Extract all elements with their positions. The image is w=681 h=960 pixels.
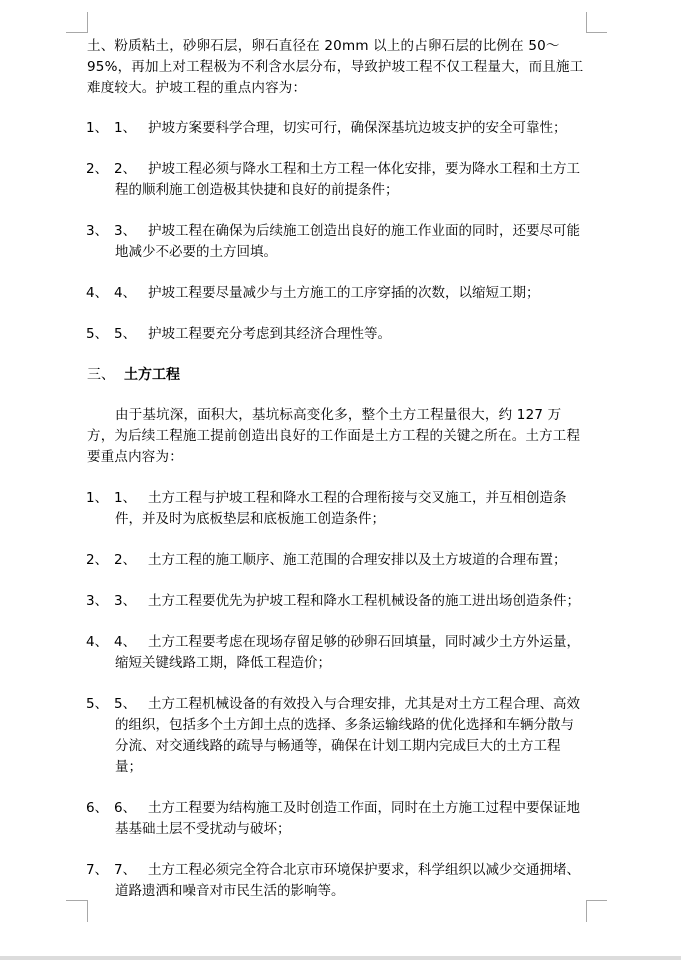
list-number-secondary: 4、 [114, 632, 136, 653]
list-number: 4、 [86, 632, 108, 653]
list-item: 7、 7、 土方工程必须完全符合北京市环境保护要求，科学组织以减少交通拥堵、道路… [87, 860, 587, 902]
slope-list: 1、 1、 护坡方案要科学合理，切实可行，确保深基坑边坡支护的安全可靠性； 2、… [87, 118, 587, 345]
earthwork-list: 1、 1、 土方工程与护坡工程和降水工程的合理衔接与交叉施工，并互相创造条件，并… [87, 488, 587, 902]
list-item: 1、 1、 土方工程与护坡工程和降水工程的合理衔接与交叉施工，并互相创造条件，并… [87, 488, 587, 530]
list-number: 3、 [86, 221, 108, 242]
corner-mark-bottom-right-h [586, 900, 607, 901]
section-heading: 三、土方工程 [87, 365, 587, 386]
corner-mark-top-left-h [66, 32, 88, 33]
list-number-secondary: 2、 [114, 159, 136, 180]
list-number-secondary: 1、 [114, 118, 136, 139]
corner-mark-bottom-right-v [586, 900, 587, 922]
intro-paragraph: 土、粉质粘土，砂卵石层，卵石直径在 20mm 以上的占卵石层的比例在 50～95… [87, 36, 587, 99]
list-number-secondary: 7、 [114, 860, 136, 881]
corner-mark-bottom-left-v [87, 900, 88, 922]
list-number: 5、 [86, 694, 108, 715]
list-item-text: 护坡工程必须与降水工程和土方工程一体化安排，要为降水工程和土方工程的顺利施工创造… [115, 161, 580, 198]
earthwork-paragraph: 由于基坑深，面积大，基坑标高变化多，整个土方工程量很大，约 127 万方，为后续… [87, 405, 587, 468]
list-number: 4、 [86, 283, 108, 304]
list-item-text: 土方工程要为结构施工及时创造工作面，同时在土方施工过程中要保证地基基础土层不受扰… [115, 800, 580, 837]
list-number-secondary: 3、 [114, 591, 136, 612]
list-number: 1、 [86, 118, 108, 139]
list-number: 5、 [86, 324, 108, 345]
list-item-text: 护坡方案要科学合理，切实可行，确保深基坑边坡支护的安全可靠性； [148, 120, 567, 136]
list-number-secondary: 2、 [114, 550, 136, 571]
list-item: 4、 4、 土方工程要考虑在现场存留足够的砂卵石回填量，同时减少土方外运量，缩短… [87, 632, 587, 674]
corner-mark-top-left-v [87, 12, 88, 33]
list-number: 2、 [86, 550, 108, 571]
list-item: 6、 6、 土方工程要为结构施工及时创造工作面，同时在土方施工过程中要保证地基基… [87, 798, 587, 840]
corner-mark-top-right-v [586, 12, 587, 33]
list-item-text: 土方工程的施工顺序、施工范围的合理安排以及土方坡道的合理布置； [148, 552, 567, 568]
list-item: 3、 3、 土方工程要优先为护坡工程和降水工程机械设备的施工进出场创造条件； [87, 591, 587, 612]
section-title: 土方工程 [124, 367, 180, 383]
list-number-secondary: 5、 [114, 324, 136, 345]
list-number: 1、 [86, 488, 108, 509]
page-gap-strip [0, 956, 681, 960]
document-body: 土、粉质粘土，砂卵石层，卵石直径在 20mm 以上的占卵石层的比例在 50～95… [87, 36, 587, 902]
list-number-secondary: 3、 [114, 221, 136, 242]
corner-mark-top-right-h [586, 32, 607, 33]
list-number: 2、 [86, 159, 108, 180]
list-item-text: 土方工程与护坡工程和降水工程的合理衔接与交叉施工，并互相创造条件，并及时为底板垫… [115, 490, 567, 527]
list-item-text: 土方工程必须完全符合北京市环境保护要求，科学组织以减少交通拥堵、道路遗洒和噪音对… [115, 862, 580, 899]
list-item: 5、 5、 土方工程机械设备的有效投入与合理安排，尤其是对土方工程合理、高效的组… [87, 694, 587, 778]
list-number: 7、 [86, 860, 108, 881]
list-item-text: 土方工程要优先为护坡工程和降水工程机械设备的施工进出场创造条件； [148, 593, 580, 609]
list-number-secondary: 1、 [114, 488, 136, 509]
list-item: 2、 2、 护坡工程必须与降水工程和土方工程一体化安排，要为降水工程和土方工程的… [87, 159, 587, 201]
list-item: 4、 4、 护坡工程要尽量减少与土方施工的工序穿插的次数，以缩短工期； [87, 283, 587, 304]
list-number-secondary: 4、 [114, 283, 136, 304]
list-item: 3、 3、 护坡工程在确保为后续施工创造出良好的施工作业面的同时，还要尽可能地减… [87, 221, 587, 263]
list-item: 2、 2、 土方工程的施工顺序、施工范围的合理安排以及土方坡道的合理布置； [87, 550, 587, 571]
list-number: 3、 [86, 591, 108, 612]
list-number-secondary: 5、 [114, 694, 136, 715]
corner-mark-bottom-left-h [66, 900, 88, 901]
list-item-text: 土方工程机械设备的有效投入与合理安排，尤其是对土方工程合理、高效的组织，包括多个… [115, 696, 580, 775]
list-number-secondary: 6、 [114, 798, 136, 819]
section-number: 三、 [87, 365, 124, 386]
list-item: 1、 1、 护坡方案要科学合理，切实可行，确保深基坑边坡支护的安全可靠性； [87, 118, 587, 139]
list-number: 6、 [86, 798, 108, 819]
list-item: 5、 5、 护坡工程要充分考虑到其经济合理性等。 [87, 324, 587, 345]
list-item-text: 护坡工程要尽量减少与土方施工的工序穿插的次数，以缩短工期； [148, 285, 540, 301]
list-item-text: 护坡工程要充分考虑到其经济合理性等。 [148, 326, 391, 342]
list-item-text: 护坡工程在确保为后续施工创造出良好的施工作业面的同时，还要尽可能地减少不必要的土… [115, 223, 580, 260]
document-page: 土、粉质粘土，砂卵石层，卵石直径在 20mm 以上的占卵石层的比例在 50～95… [0, 0, 681, 956]
list-item-text: 土方工程要考虑在现场存留足够的砂卵石回填量，同时减少土方外运量，缩短关键线路工期… [115, 634, 580, 671]
